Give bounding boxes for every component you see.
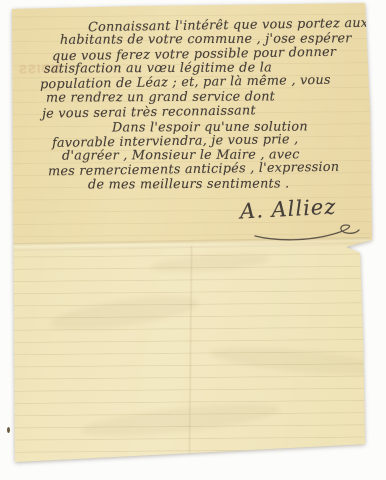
paper-shadow: NOISS Connaissant l'intérêt que vous por… (0, 0, 386, 480)
paper-speck (7, 427, 10, 433)
signature-flourish-icon (252, 221, 362, 245)
letter-sheet: NOISS Connaissant l'intérêt que vous por… (0, 0, 386, 480)
signature: A. Alliez (239, 194, 336, 223)
scanned-letter: NOISS Connaissant l'intérêt que vous por… (0, 0, 386, 480)
handwriting-line: de mes meilleurs sentiments . (88, 176, 289, 192)
